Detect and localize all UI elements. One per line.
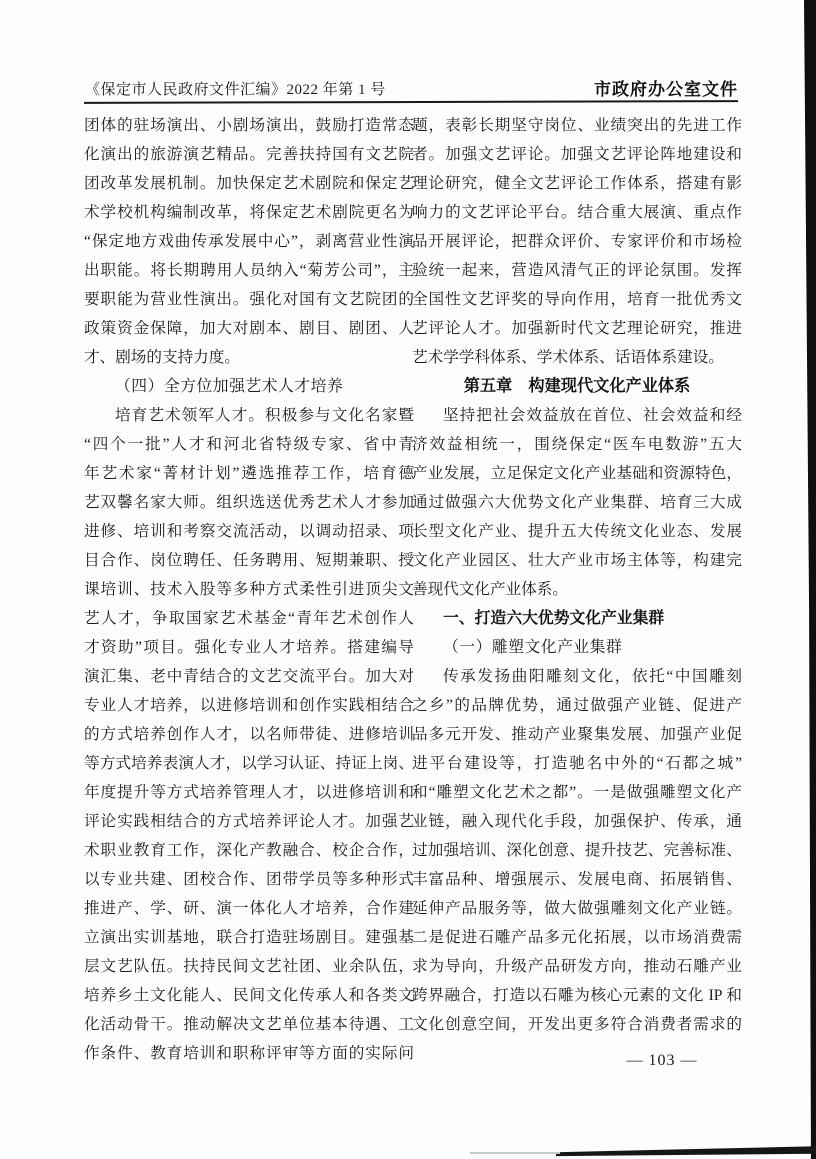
- text-line: 延伸产品服务等，做大做强雕刻文化产业链。: [412, 894, 742, 923]
- scan-edge-right-artifact: [804, 0, 816, 1159]
- section-heading: 一、打造六大优势文化产业集群: [412, 604, 742, 633]
- text-line: 化活动骨干。推动解决文艺单位基本待遇、工: [84, 1010, 414, 1039]
- text-line: 培养乡土文化能人、民间文化传承人和各类文: [84, 981, 414, 1010]
- text-line: 培育艺术领军人才。积极参与文化名家暨: [84, 401, 414, 430]
- text-line: 团体的驻场演出、小剧场演出，鼓励打造常态: [84, 111, 414, 140]
- text-line: 化演出的旅游演艺精品。完善扶持国有文艺院: [84, 140, 414, 169]
- text-line: 艺术学学科体系、学术体系、话语体系建设。: [412, 343, 742, 372]
- scan-edge-bottom-artifact: [556, 1146, 816, 1159]
- text-line: 演汇集、老中青结合的文艺交流平台。加大对: [84, 662, 414, 691]
- text-line: 坚持把社会效益放在首位、社会效益和经: [412, 401, 742, 430]
- text-line: 政策资金保障，加大对剧本、剧目、剧团、人: [84, 314, 414, 343]
- text-line: 等方式培养表演人才，以学习认证、持证上岗、: [84, 749, 414, 778]
- text-line: 业链，融入现代化手段，加强保护、传承，通: [412, 807, 742, 836]
- text-line: 传承发扬曲阳雕刻文化，依托“中国雕刻: [412, 662, 742, 691]
- text-line: 文化创意空间，开发出更多符合消费者需求的: [412, 1010, 742, 1039]
- text-line: 出职能。将长期聘用人员纳入“菊芳公司”，主: [84, 256, 414, 285]
- text-line: 品多元开发、推动产业聚集发展、加强产业促: [412, 720, 742, 749]
- text-line: 术学校机构编制改革，将保定艺术剧院更名为: [84, 198, 414, 227]
- text-line: 过加强培训、深化创意、提升技艺、完善标准、: [412, 836, 742, 865]
- text-line: 年度提升等方式培养管理人才，以进修培训和: [84, 778, 414, 807]
- page-number: — 103 —: [604, 1046, 720, 1075]
- text-line: “保定地方戏曲传承发展中心”，剥离营业性演: [84, 227, 414, 256]
- text-line: 二是促进石雕产品多元化拓展，以市场消费需: [412, 923, 742, 952]
- text-line: 题，表彰长期坚守岗位、业绩突出的先进工作: [412, 111, 742, 140]
- text-line: 术职业教育工作，深化产教融合、校企合作，: [84, 836, 414, 865]
- text-line: 层文艺队伍。扶持民间文艺社团、业余队伍，: [84, 952, 414, 981]
- text-line: 艺评论人才。加强新时代文艺理论研究，推进: [412, 314, 742, 343]
- text-line: 者。加强文艺评论。加强文艺评论阵地建设和: [412, 140, 742, 169]
- header-divider-rule: [84, 100, 738, 104]
- text-line: 响力的文艺评论平台。结合重大展演、重点作: [412, 198, 742, 227]
- subsection-heading: （一）雕塑文化产业集群: [412, 633, 742, 662]
- text-line: 丰富品种、增强展示、发展电商、拓展销售、: [412, 865, 742, 894]
- text-line: 进修、培训和考察交流活动，以调动招录、项: [84, 517, 414, 546]
- header-compilation-title: 《保定市人民政府文件汇编》2022 年第 1 号: [85, 78, 386, 99]
- header-document-category: 市政府办公室文件: [594, 75, 738, 100]
- text-line: 以专业共建、团校合作、团带学员等多种形式: [84, 865, 414, 894]
- subsection-heading: （四）全方位加强艺术人才培养: [84, 372, 414, 401]
- text-line: 推进产、学、研、演一体化人才培养，合作建: [84, 894, 414, 923]
- text-line: 文化产业园区、壮大产业市场主体等，构建完: [412, 546, 742, 575]
- text-line: 之乡”的品牌优势，通过做强产业链、促进产: [412, 691, 742, 720]
- chapter-heading: 第五章 构建现代文化产业体系: [412, 372, 742, 401]
- text-line: 跨界融合，打造以石雕为核心元素的文化 IP 和: [412, 981, 742, 1010]
- text-line: “四个一批”人才和河北省特级专家、省中青: [84, 430, 414, 459]
- text-line: 才资助”项目。强化专业人才培养。搭建编导: [84, 633, 414, 662]
- text-line: 验统一起来，营造风清气正的评论氛围。发挥: [412, 256, 742, 285]
- text-column-left: 团体的驻场演出、小剧场演出，鼓励打造常态化演出的旅游演艺精品。完善扶持国有文艺院…: [84, 111, 414, 1068]
- text-line: 品开展评论，把群众评价、专家评价和市场检: [412, 227, 742, 256]
- text-line: 年艺术家“菁材计划”遴选推荐工作，培育德: [84, 459, 414, 488]
- text-line: 作条件、教育培训和职称评审等方面的实际问: [84, 1039, 414, 1068]
- text-line: 和“雕塑文化艺术之都”。一是做强雕塑文化产: [412, 778, 742, 807]
- text-line: 专业人才培养，以进修培训和创作实践相结合: [84, 691, 414, 720]
- text-line: 评论实践相结合的方式培养评论人才。加强艺: [84, 807, 414, 836]
- text-line: 求为导向，升级产品研发方向，推动石雕产业: [412, 952, 742, 981]
- document-page: 《保定市人民政府文件汇编》2022 年第 1 号 市政府办公室文件 团体的驻场演…: [0, 0, 816, 1159]
- text-line: 产业发展，立足保定文化产业基础和资源特色，: [412, 459, 742, 488]
- text-line: 课培训、技术入股等多种方式柔性引进顶尖文: [84, 575, 414, 604]
- text-line: 通过做强六大优势文化产业集群、培育三大成: [412, 488, 742, 517]
- text-line: 进平台建设等，打造驰名中外的“石都之城”: [412, 749, 742, 778]
- text-line: 团改革发展机制。加快保定艺术剧院和保定艺: [84, 169, 414, 198]
- text-line: 济效益相统一，围绕保定“医车电数游”五大: [412, 430, 742, 459]
- text-line: 要职能为营业性演出。强化对国有文艺院团的: [84, 285, 414, 314]
- text-line: 长型文化产业、提升五大传统文化业态、发展: [412, 517, 742, 546]
- text-line: 立演出实训基地，联合打造驻场剧目。建强基: [84, 923, 414, 952]
- text-line: 艺人才，争取国家艺术基金“青年艺术创作人: [84, 604, 414, 633]
- text-line: 的方式培养创作人才，以名师带徒、进修培训: [84, 720, 414, 749]
- text-line: 艺双馨名家大师。组织选送优秀艺术人才参加: [84, 488, 414, 517]
- text-line: 才、剧场的支持力度。: [84, 343, 414, 372]
- scan-edge-bottom-faint-artifact: [470, 1152, 560, 1154]
- text-line: 目合作、岗位聘任、任务聘用、短期兼职、授: [84, 546, 414, 575]
- text-line: 善现代文化产业体系。: [412, 575, 742, 604]
- text-line: 全国性文艺评奖的导向作用，培育一批优秀文: [412, 285, 742, 314]
- text-column-right: 题，表彰长期坚守岗位、业绩突出的先进工作者。加强文艺评论。加强文艺评论阵地建设和…: [412, 111, 742, 1039]
- text-line: 理论研究，健全文艺评论工作体系，搭建有影: [412, 169, 742, 198]
